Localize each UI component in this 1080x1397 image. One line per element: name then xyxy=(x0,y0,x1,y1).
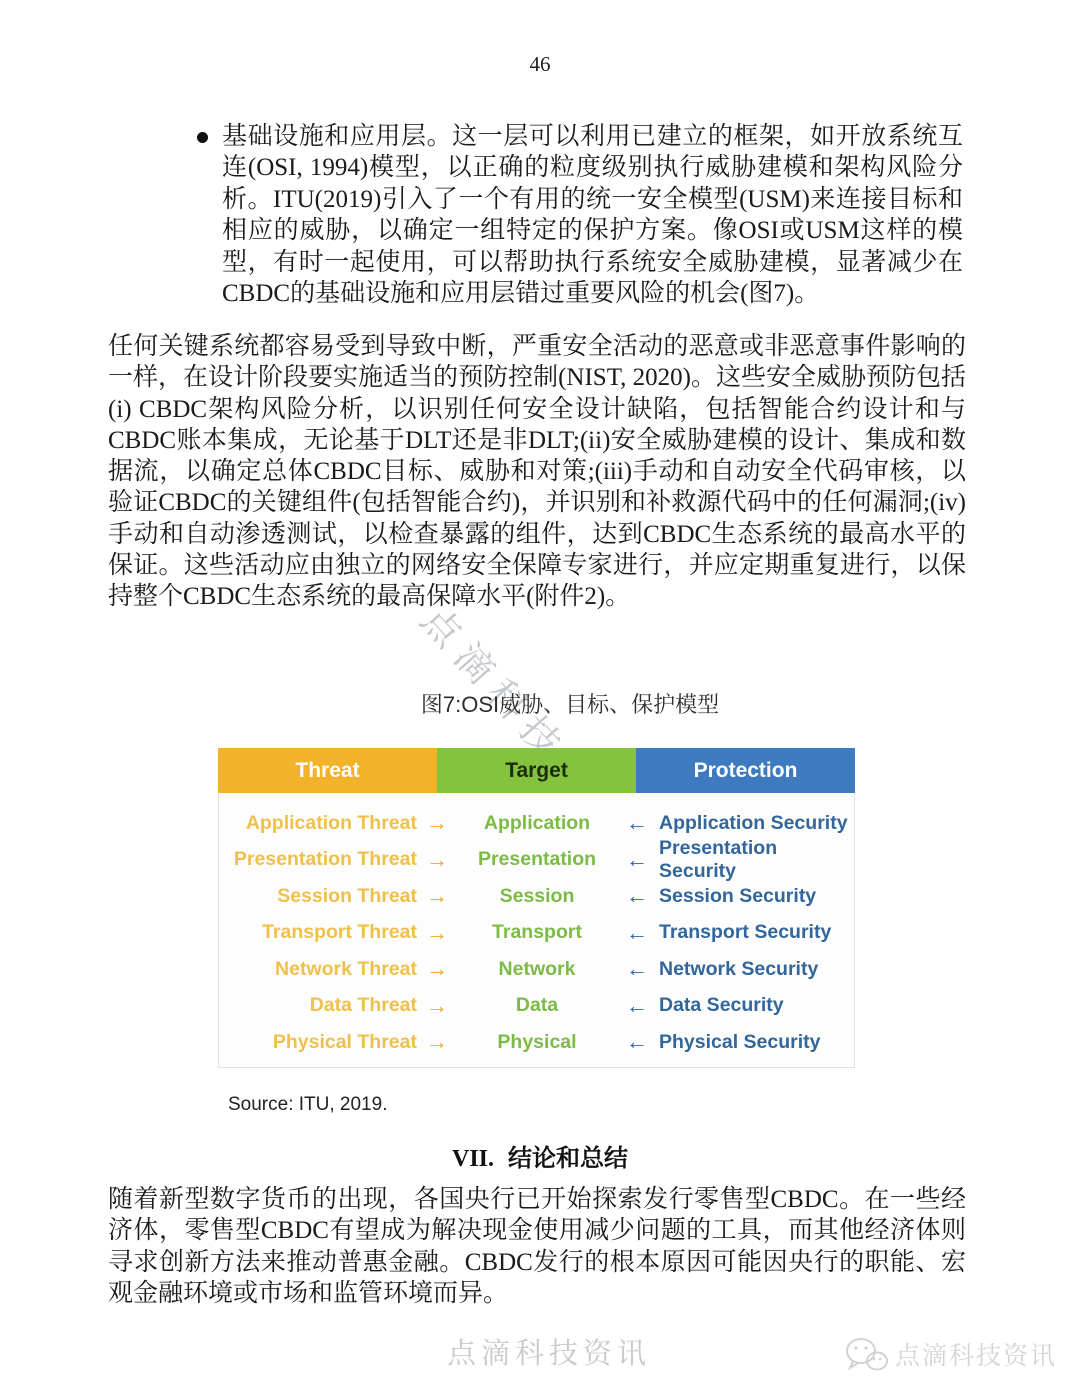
header-threat: Threat xyxy=(218,748,437,793)
table-row: Presentation Threat → Presentation ← Pre… xyxy=(219,842,854,879)
target-label: Presentation xyxy=(478,848,596,870)
protection-cell: ← Presentation Security xyxy=(626,837,854,883)
header-target: Target xyxy=(437,748,636,793)
protection-label: Application Security xyxy=(659,812,848,835)
arrow-right-icon: → xyxy=(426,958,448,980)
section-number: VII. xyxy=(452,1146,494,1172)
body-paragraph-2: 随着新型数字货币的出现，各国央行已开始探索发行零售型CBDC。在一些经济体，零售… xyxy=(108,1184,966,1309)
bullet-list-item: 基础设施和应用层。这一层可以利用已建立的框架，如开放系统互连(OSI, 1994… xyxy=(195,121,963,309)
threat-label: Data Threat xyxy=(310,994,417,1017)
arrow-right-icon: → xyxy=(426,849,448,871)
protection-cell: ← Network Security xyxy=(626,958,854,981)
figure-caption: 图7:OSI威胁、目标、保护模型 xyxy=(60,688,1080,719)
target-label: Data xyxy=(516,994,558,1016)
threat-cell: Presentation Threat → xyxy=(219,848,448,871)
protection-label: Transport Security xyxy=(659,921,831,944)
threat-cell: Data Threat → xyxy=(219,994,448,1017)
threat-cell: Session Threat → xyxy=(219,885,448,908)
threat-cell: Physical Threat → xyxy=(219,1031,448,1054)
protection-cell: ← Data Security xyxy=(626,994,854,1017)
protection-label: Physical Security xyxy=(659,1031,821,1054)
threat-label: Session Threat xyxy=(277,885,417,908)
threat-label: Transport Threat xyxy=(262,921,417,944)
arrow-left-icon: ← xyxy=(626,849,648,871)
arrow-left-icon: ← xyxy=(626,885,648,907)
bullet-icon xyxy=(197,132,208,143)
arrow-right-icon: → xyxy=(426,995,448,1017)
target-cell: Data xyxy=(448,994,626,1017)
threat-label: Application Threat xyxy=(246,812,417,835)
bottom-center-watermark: 点滴科技资讯 xyxy=(447,1331,651,1372)
threat-cell: Transport Threat → xyxy=(219,921,448,944)
table-row: Data Threat → Data ← Data Security xyxy=(219,988,854,1025)
protection-label: Data Security xyxy=(659,994,784,1017)
table-row: Network Threat → Network ← Network Secur… xyxy=(219,951,854,988)
threat-cell: Network Threat → xyxy=(219,958,448,981)
target-label: Application xyxy=(484,812,590,834)
target-cell: Application xyxy=(448,812,626,835)
figure-source: Source: ITU, 2019. xyxy=(228,1094,387,1116)
target-cell: Physical xyxy=(448,1031,626,1054)
protection-label: Presentation Security xyxy=(659,837,854,883)
target-cell: Network xyxy=(448,958,626,981)
osi-table-body: Application Threat → Application ← Appli… xyxy=(218,793,855,1068)
protection-cell: ← Transport Security xyxy=(626,921,854,944)
osi-model-figure: Threat Target Protection Application Thr… xyxy=(218,748,855,1068)
table-row: Transport Threat → Transport ← Transport… xyxy=(219,915,854,952)
arrow-left-icon: ← xyxy=(626,995,648,1017)
arrow-right-icon: → xyxy=(426,1031,448,1053)
page-number: 46 xyxy=(0,52,1080,77)
arrow-right-icon: → xyxy=(426,885,448,907)
header-protection: Protection xyxy=(636,748,855,793)
threat-label: Network Threat xyxy=(275,958,417,981)
threat-cell: Application Threat → xyxy=(219,812,448,835)
body-paragraph-1: 任何关键系统都容易受到导致中断，严重安全活动的恶意或非恶意事件影响的一样，在设计… xyxy=(108,331,966,613)
protection-cell: ← Session Security xyxy=(626,885,854,908)
arrow-left-icon: ← xyxy=(626,958,648,980)
target-label: Physical xyxy=(497,1031,576,1053)
target-cell: Presentation xyxy=(448,848,626,871)
protection-label: Session Security xyxy=(659,885,816,908)
target-label: Transport xyxy=(492,921,582,943)
table-row: Physical Threat → Physical ← Physical Se… xyxy=(219,1024,854,1061)
threat-label: Presentation Threat xyxy=(234,848,417,871)
protection-label: Network Security xyxy=(659,958,818,981)
protection-cell: ← Application Security xyxy=(626,812,854,835)
arrow-left-icon: ← xyxy=(626,1031,648,1053)
target-label: Session xyxy=(500,885,575,907)
osi-table-header: Threat Target Protection xyxy=(218,748,855,793)
bottom-right-watermark: 点滴科技资讯 xyxy=(843,1334,1057,1374)
protection-cell: ← Physical Security xyxy=(626,1031,854,1054)
section-heading: VII.结论和总结 xyxy=(0,1138,1080,1173)
table-row: Session Threat → Session ← Session Secur… xyxy=(219,878,854,915)
arrow-left-icon: ← xyxy=(626,922,648,944)
arrow-right-icon: → xyxy=(426,812,448,834)
wechat-logo-icon xyxy=(843,1334,889,1374)
threat-label: Physical Threat xyxy=(273,1031,417,1054)
target-cell: Session xyxy=(448,885,626,908)
arrow-right-icon: → xyxy=(426,922,448,944)
target-cell: Transport xyxy=(448,921,626,944)
target-label: Network xyxy=(499,958,576,980)
section-title: 结论和总结 xyxy=(508,1146,628,1172)
bottom-right-watermark-text: 点滴科技资讯 xyxy=(895,1336,1057,1372)
arrow-left-icon: ← xyxy=(626,812,648,834)
bullet-item-text: 基础设施和应用层。这一层可以利用已建立的框架，如开放系统互连(OSI, 1994… xyxy=(222,121,963,309)
